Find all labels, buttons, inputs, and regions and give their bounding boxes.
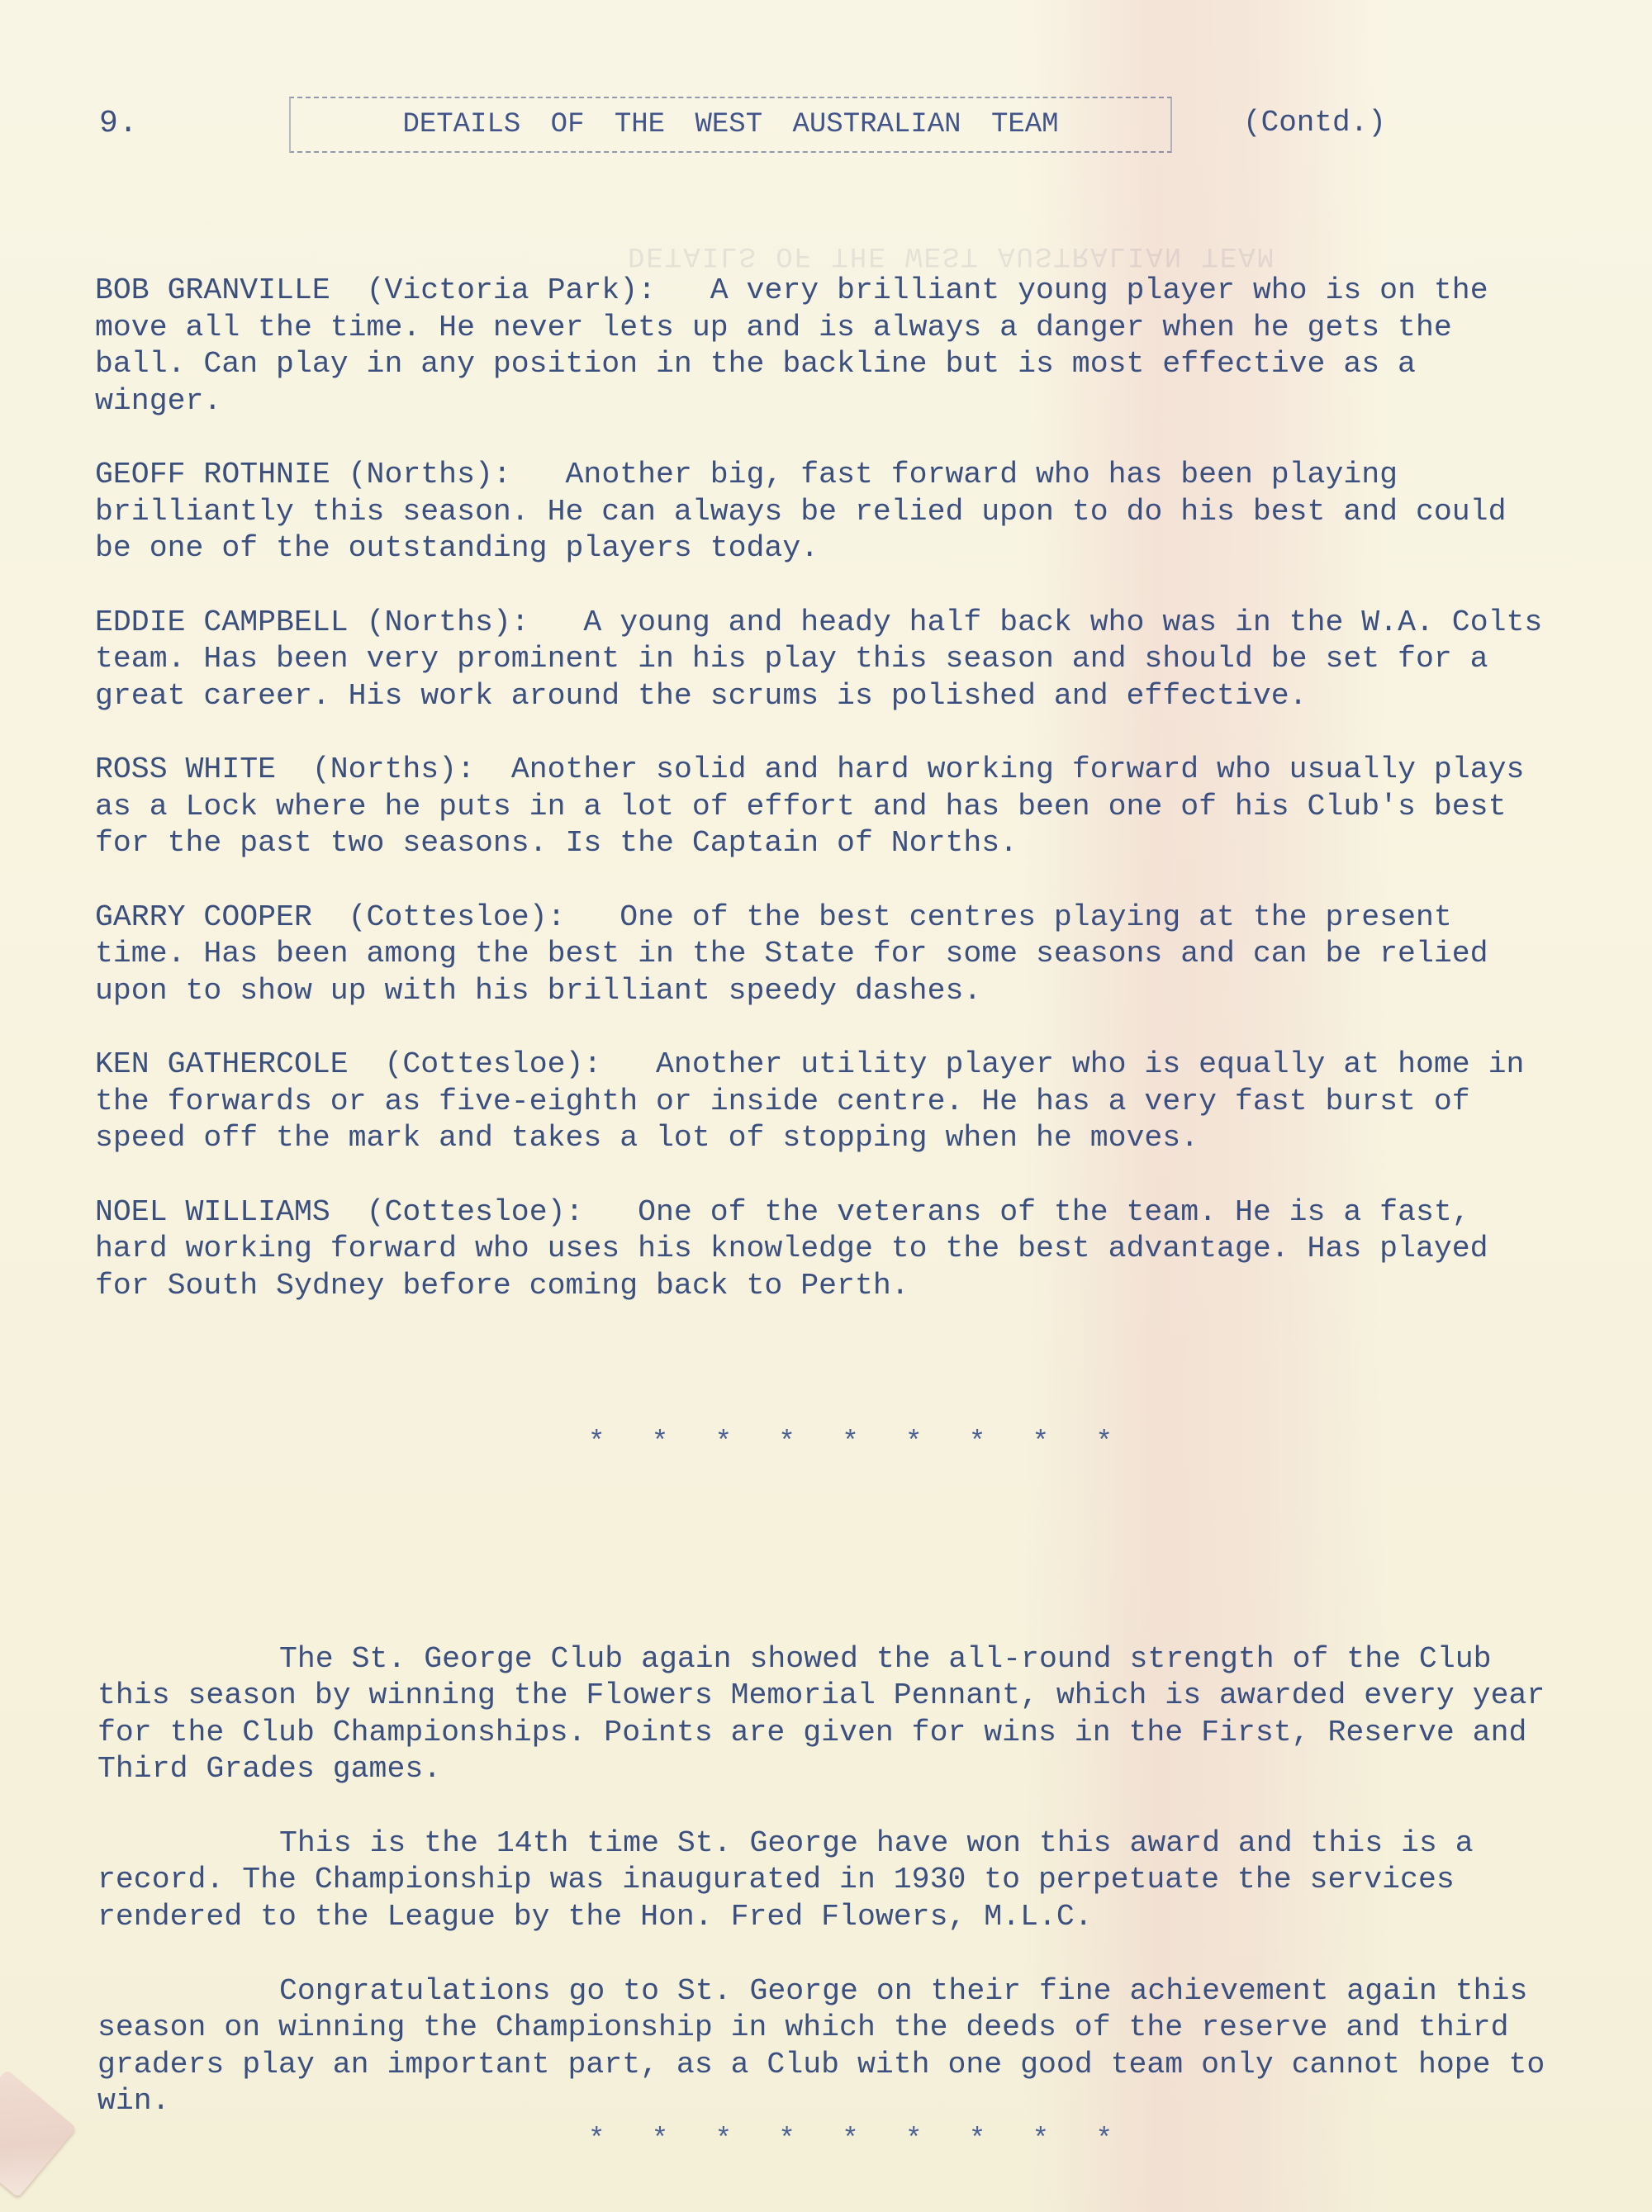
player-club: (Cottesloe): bbox=[384, 1047, 601, 1081]
player-club: (Victoria Park): bbox=[367, 273, 656, 307]
player-name: GARRY COOPER bbox=[95, 900, 312, 934]
st-george-paragraph: Congratulations go to St. George on thei… bbox=[97, 1973, 1551, 2120]
player-name: KEN GATHERCOLE bbox=[95, 1047, 349, 1081]
player-entry: NOEL WILLIAMS (Cottesloe): One of the ve… bbox=[95, 1194, 1549, 1305]
player-club: (Norths): bbox=[312, 752, 475, 786]
continued-label: (Contd.) bbox=[1243, 106, 1386, 140]
section-separator: * * * * * * * * * bbox=[588, 1427, 1127, 1459]
page-title: DETAILS OF THE WEST AUSTRALIAN TEAM bbox=[402, 109, 1058, 140]
st-george-paragraph: This is the 14th time St. George have wo… bbox=[97, 1825, 1551, 1936]
player-entry: GARRY COOPER (Cottesloe): One of the bes… bbox=[95, 900, 1549, 1010]
player-entry: KEN GATHERCOLE (Cottesloe): Another util… bbox=[95, 1047, 1549, 1157]
page-number: 9. bbox=[99, 106, 139, 141]
player-name: EDDIE CAMPBELL bbox=[95, 605, 349, 639]
player-list: BOB GRANVILLE (Victoria Park): A very br… bbox=[95, 273, 1549, 1341]
player-club: (Cottesloe): bbox=[367, 1195, 584, 1229]
player-name: BOB GRANVILLE bbox=[95, 273, 330, 307]
player-entry: GEOFF ROTHNIE (Norths): Another big, fas… bbox=[95, 457, 1549, 567]
player-entry: ROSS WHITE (Norths): Another solid and h… bbox=[95, 752, 1549, 862]
player-club: (Norths): bbox=[367, 605, 529, 639]
player-name: ROSS WHITE bbox=[95, 752, 276, 786]
player-name: NOEL WILLIAMS bbox=[95, 1195, 330, 1229]
end-separator: * * * * * * * * * bbox=[588, 2124, 1127, 2156]
player-name: GEOFF ROTHNIE bbox=[95, 458, 330, 491]
player-club: (Cottesloe): bbox=[349, 900, 566, 934]
st-george-paragraph: The St. George Club again showed the all… bbox=[97, 1641, 1551, 1788]
player-entry: EDDIE CAMPBELL (Norths): A young and hea… bbox=[95, 605, 1549, 715]
title-box: DETAILS OF THE WEST AUSTRALIAN TEAM bbox=[289, 97, 1172, 153]
player-club: (Norths): bbox=[349, 458, 511, 491]
player-entry: BOB GRANVILLE (Victoria Park): A very br… bbox=[95, 273, 1549, 420]
